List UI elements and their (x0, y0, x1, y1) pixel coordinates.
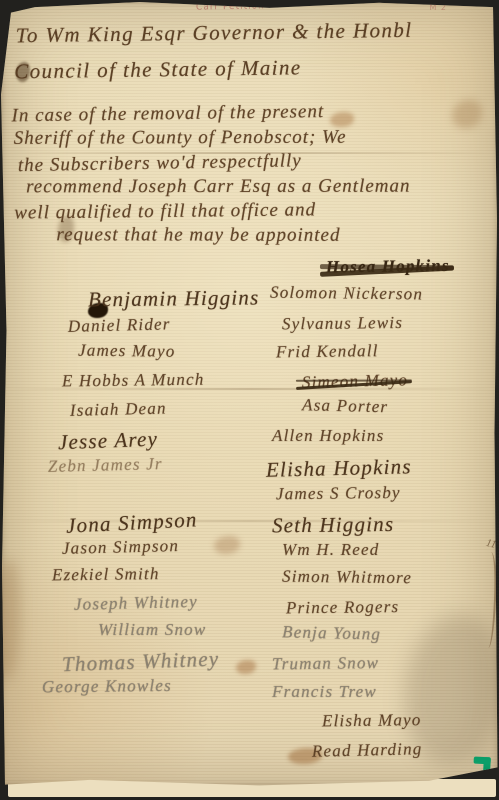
signature: Zebn James Jr (48, 451, 284, 485)
page-number-mark: 2 (3, 20, 10, 33)
signature-name: Frid Kendall (276, 341, 379, 362)
signature: Jason Simpson (62, 533, 298, 567)
signature-name: Benja Young (282, 622, 381, 644)
signature-name: Truman Snow (272, 654, 379, 675)
strikethrough-line (296, 379, 412, 381)
signature: Simon Whitmore (282, 567, 499, 598)
signature: Ezekiel Smith (52, 563, 287, 594)
signature-name: E Hobbs A Munch (62, 370, 205, 392)
strikethrough-line (320, 264, 454, 270)
signature: Allen Hopkins (272, 426, 499, 454)
signature: Hosea Hopkins (326, 255, 499, 286)
signature-name: Jesse Arey (58, 427, 159, 456)
signature: James S Crosby (276, 482, 499, 513)
signature-name: Wm H. Reed (282, 540, 379, 560)
signature-name: Simeon Mayo (302, 370, 409, 393)
signature-name: Simon Whitmore (282, 567, 412, 589)
signature-name: James Mayo (78, 341, 176, 362)
document-page: 2 Carr Petition M 2 11 To Wm King Esqr G… (0, 0, 499, 787)
signature-name: Elisha Hopkins (266, 454, 412, 483)
signature: Solomon Nickerson (270, 283, 499, 314)
signature-area: Benjamin HigginsDaniel RiderJames MayoE … (0, 256, 499, 777)
scanned-document-photo: { "document": { "kind": "handwritten pet… (0, 0, 499, 800)
signature: Sylvanus Lewis (282, 311, 499, 342)
signature: Elisha Mayo (322, 709, 499, 740)
signature-name: Francis Trew (272, 682, 377, 702)
signature-name: Jona Simpson (65, 507, 198, 538)
signature-name: Asa Porter (302, 395, 389, 417)
signature-column-right: Hosea HopkinsSolomon NickersonSylvanus L… (266, 256, 496, 767)
signature-name: Jason Simpson (62, 536, 180, 559)
signature-name: William Snow (98, 620, 206, 640)
signature: Francis Trew (272, 682, 499, 710)
body-line: recommend Joseph Carr Esq as a Gentleman (26, 174, 499, 199)
salutation: To Wm King Esqr Governor & the Honbl Cou… (16, 11, 492, 90)
signature: Truman Snow (272, 652, 499, 683)
archivist-pencil-annotation: Carr Petition (196, 1, 265, 12)
body-line: well qualified to fill that office and (14, 196, 495, 226)
green-mark-stroke (474, 757, 491, 765)
signature-name: Solomon Nickerson (270, 283, 423, 305)
signature-name: Read Harding (312, 739, 423, 762)
signature-name: Benjamin Higgins (88, 285, 260, 312)
signature: Frid Kendall (276, 340, 499, 371)
signature-name: George Knowles (42, 676, 172, 698)
signature: Read Harding (312, 736, 499, 770)
body-line: In case of the removal of the present (11, 98, 492, 129)
signature-column-left: Benjamin HigginsDaniel RiderJames MayoE … (40, 286, 275, 704)
signature-name: Seth Higgins (272, 511, 395, 537)
signature-name: Isaiah Dean (70, 399, 167, 421)
body-line: request that he may be appointed (56, 223, 499, 248)
signature-name: Allen Hopkins (272, 426, 384, 446)
signature-name: Thomas Whitney (62, 647, 220, 678)
petition-body: In case of the removal of the presentShe… (11, 99, 493, 249)
signature: Seth Higgins (272, 510, 499, 541)
signature: Prince Rogers (286, 595, 499, 626)
salutation-line: Council of the State of Maine (14, 47, 491, 90)
signature: Wm H. Reed (282, 540, 499, 568)
signature: Asa Porter (302, 395, 499, 429)
signature-name: Daniel Rider (68, 314, 171, 337)
signature-name: Sylvanus Lewis (282, 313, 403, 334)
signature-name: Joseph Whitney (74, 592, 198, 615)
signature-name: Hosea Hopkins (326, 256, 450, 278)
signature: E Hobbs A Munch (62, 369, 297, 400)
signature-name: Elisha Mayo (322, 710, 422, 731)
signature: Elisha Hopkins (266, 452, 497, 486)
signature-name: Prince Rogers (286, 597, 400, 618)
signature-name: Ezekiel Smith (52, 564, 160, 585)
signature: George Knowles (42, 675, 277, 706)
signature-name: James S Crosby (276, 483, 401, 505)
signature-name: Zebn James Jr (48, 454, 163, 477)
